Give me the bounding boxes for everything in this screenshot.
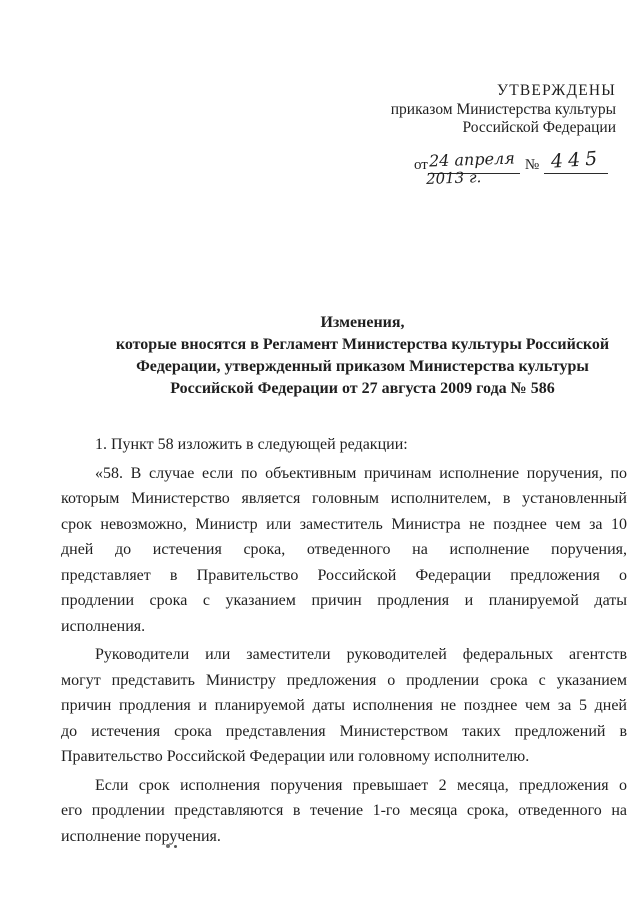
paragraph: «58. В случае если по объективным причин… <box>61 461 627 640</box>
body-line: могут представить Министру предложения о… <box>61 668 627 694</box>
document-title: Изменения, которые вносятся в Регламент … <box>95 312 630 400</box>
paragraph: Если срок исполнения поручения превышает… <box>61 773 627 850</box>
paragraph: 1. Пункт 58 изложить в следующей редакци… <box>61 432 627 458</box>
body-line: до истечения срока представления Министе… <box>61 719 627 745</box>
document-body: 1. Пункт 58 изложить в следующей редакци… <box>61 432 627 849</box>
body-line: исполнения. <box>61 614 627 640</box>
body-line: продлении срока с указанием причин продл… <box>61 588 627 614</box>
paragraph: Руководители или заместители руководител… <box>61 642 627 770</box>
body-line: его продлении представляются в течение 1… <box>61 798 627 824</box>
approval-line-ministry: приказом Министерства культуры <box>391 101 616 120</box>
scan-speck <box>166 844 170 848</box>
body-line: 1. Пункт 58 изложить в следующей редакци… <box>61 432 627 458</box>
body-line: исполнение поручения. <box>61 824 627 850</box>
body-line: «58. В случае если по объективным причин… <box>61 461 627 487</box>
year-handwritten: 2013 г. <box>426 168 482 188</box>
body-line: представляет в Правительство Российской … <box>61 563 627 589</box>
approval-line-approved: УТВЕРЖДЕНЫ <box>391 82 616 101</box>
number-sign-label: № <box>525 156 539 174</box>
title-line: которые вносятся в Регламент Министерств… <box>95 334 630 356</box>
scan-speck <box>174 845 177 848</box>
body-line: срок невозможно, Министр или заместитель… <box>61 512 627 538</box>
scanned-document-page: УТВЕРЖДЕНЫ приказом Министерства культур… <box>0 0 640 905</box>
title-line: Российской Федерации от 27 августа 2009 … <box>95 378 630 400</box>
number-handwritten: 445 <box>550 147 603 173</box>
title-line: Федерации, утвержденный приказом Министе… <box>95 356 630 378</box>
body-line: Руководители или заместители руководител… <box>61 642 627 668</box>
date-handwritten: 24 апреля <box>429 149 515 171</box>
approval-block: УТВЕРЖДЕНЫ приказом Министерства культур… <box>391 82 616 138</box>
body-line: дней до истечения срока, отведенного на … <box>61 537 627 563</box>
body-line: причин продления и планируемой даты испо… <box>61 693 627 719</box>
number-underline: 445 <box>544 150 608 174</box>
body-line: Правительство Российской Федерации или г… <box>61 744 627 770</box>
body-line: Если срок исполнения поручения превышает… <box>61 773 627 799</box>
title-line: Изменения, <box>95 312 630 334</box>
approval-line-federation: Российской Федерации <box>391 119 616 138</box>
body-line: которым Министерство является головным и… <box>61 486 627 512</box>
